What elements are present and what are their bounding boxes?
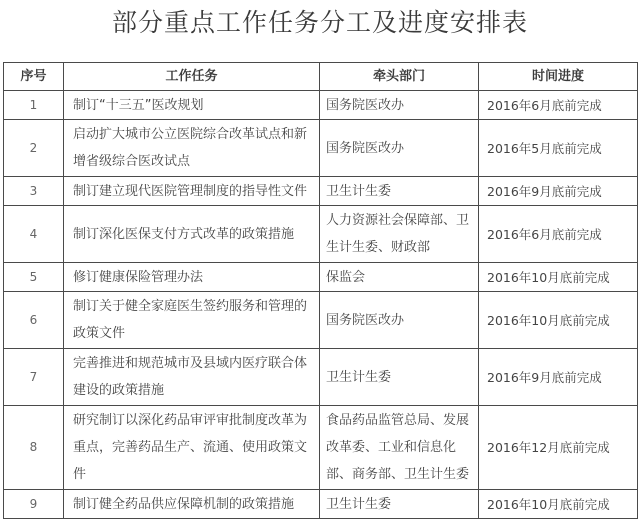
cell-time: 2016年10月底前完成 (479, 263, 638, 292)
cell-dept: 国务院医改办 (320, 91, 479, 120)
cell-dept: 国务院医改办 (320, 120, 479, 177)
cell-seq: 1 (4, 91, 64, 120)
header-seq: 序号 (4, 63, 64, 91)
cell-dept: 国务院医改办 (320, 292, 479, 349)
cell-time: 2016年9月底前完成 (479, 349, 638, 406)
header-time: 时间进度 (479, 63, 638, 91)
cell-seq: 3 (4, 177, 64, 206)
table-row: 3 制订建立现代医院管理制度的指导性文件 卫生计生委 2016年9月底前完成 (4, 177, 638, 206)
header-dept: 牵头部门 (320, 63, 479, 91)
cell-seq: 6 (4, 292, 64, 349)
cell-time: 2016年5月底前完成 (479, 120, 638, 177)
task-schedule-table: 序号 工作任务 牵头部门 时间进度 1 制订“十三五”医改规划 国务院医改办 2… (3, 62, 638, 519)
cell-dept: 保监会 (320, 263, 479, 292)
table-row: 8 研究制订以深化药品审评审批制度改革为重点，完善药品生产、流通、使用政策文件 … (4, 406, 638, 490)
cell-time: 2016年10月底前完成 (479, 490, 638, 519)
table-row: 4 制订深化医保支付方式改革的政策措施 人力资源社会保障部、卫生计生委、财政部 … (4, 206, 638, 263)
cell-time: 2016年6月底前完成 (479, 206, 638, 263)
cell-task: 完善推进和规范城市及县域内医疗联合体建设的政策措施 (64, 349, 320, 406)
table-row: 7 完善推进和规范城市及县域内医疗联合体建设的政策措施 卫生计生委 2016年9… (4, 349, 638, 406)
table-row: 2 启动扩大城市公立医院综合改革试点和新增省级综合医改试点 国务院医改办 201… (4, 120, 638, 177)
cell-task: 研究制订以深化药品审评审批制度改革为重点，完善药品生产、流通、使用政策文件 (64, 406, 320, 490)
cell-task: 制订深化医保支付方式改革的政策措施 (64, 206, 320, 263)
cell-dept: 卫生计生委 (320, 349, 479, 406)
cell-dept: 卫生计生委 (320, 490, 479, 519)
cell-time: 2016年12月底前完成 (479, 406, 638, 490)
cell-time: 2016年9月底前完成 (479, 177, 638, 206)
cell-seq: 4 (4, 206, 64, 263)
cell-dept: 卫生计生委 (320, 177, 479, 206)
table-header-row: 序号 工作任务 牵头部门 时间进度 (4, 63, 638, 91)
page-title: 部分重点工作任务分工及进度安排表 (0, 6, 640, 40)
cell-seq: 9 (4, 490, 64, 519)
cell-task: 制订“十三五”医改规划 (64, 91, 320, 120)
cell-seq: 8 (4, 406, 64, 490)
cell-task: 修订健康保险管理办法 (64, 263, 320, 292)
cell-seq: 2 (4, 120, 64, 177)
cell-task: 制订健全药品供应保障机制的政策措施 (64, 490, 320, 519)
table-row: 6 制订关于健全家庭医生签约服务和管理的政策文件 国务院医改办 2016年10月… (4, 292, 638, 349)
cell-task: 启动扩大城市公立医院综合改革试点和新增省级综合医改试点 (64, 120, 320, 177)
header-task: 工作任务 (64, 63, 320, 91)
table-row: 5 修订健康保险管理办法 保监会 2016年10月底前完成 (4, 263, 638, 292)
cell-seq: 5 (4, 263, 64, 292)
cell-time: 2016年10月底前完成 (479, 292, 638, 349)
table-row: 1 制订“十三五”医改规划 国务院医改办 2016年6月底前完成 (4, 91, 638, 120)
cell-task: 制订建立现代医院管理制度的指导性文件 (64, 177, 320, 206)
cell-dept: 人力资源社会保障部、卫生计生委、财政部 (320, 206, 479, 263)
cell-time: 2016年6月底前完成 (479, 91, 638, 120)
cell-task: 制订关于健全家庭医生签约服务和管理的政策文件 (64, 292, 320, 349)
cell-dept: 食品药品监管总局、发展改革委、工业和信息化部、商务部、卫生计生委 (320, 406, 479, 490)
table-row: 9 制订健全药品供应保障机制的政策措施 卫生计生委 2016年10月底前完成 (4, 490, 638, 519)
cell-seq: 7 (4, 349, 64, 406)
